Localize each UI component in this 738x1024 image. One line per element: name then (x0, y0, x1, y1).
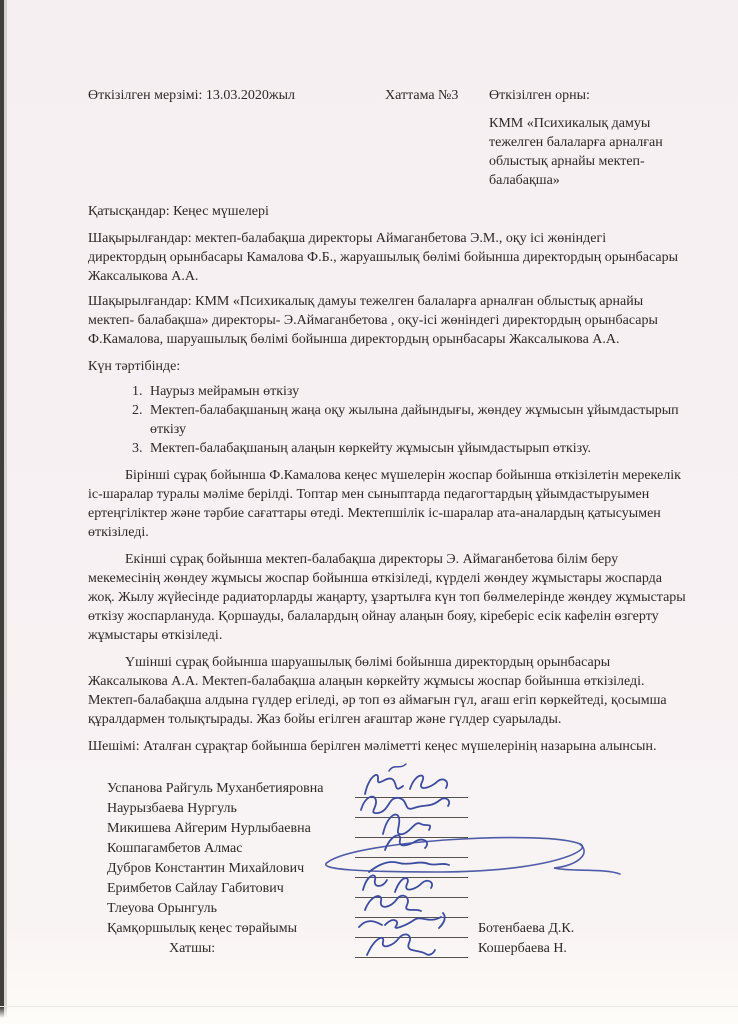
signature-after-name: Кошербаева Н. (478, 939, 567, 958)
signer-name: Еримбетов Сайлау Габитович (107, 879, 355, 898)
signer-name: Кошпагамбетов Алмас (107, 839, 355, 858)
invited-paragraph-1: Шақырылғандар: мектеп-балабақша директор… (88, 229, 686, 286)
document-content: Өткізілген мерзімі: 13.03.2020жыл Хаттам… (88, 86, 686, 958)
signer-name: Успанова Райгуль Муханбетияровна (107, 779, 355, 798)
signature-ink-icon (355, 928, 468, 962)
invited-paragraph-2: Шақырылғандар: КММ «Психикалық дамуы теж… (88, 292, 686, 349)
signer-name: Қамқоршылық кеңес төрайымы (107, 919, 355, 938)
signer-name: Дубров Константин Михайлович (107, 859, 355, 878)
protocol-number: Хаттама №3 (385, 86, 489, 105)
paper-edge-bottom (0, 1006, 738, 1024)
paper-edge-left-highlight (4, 0, 7, 1024)
header-date: Өткізілген мерзімі: 13.03.2020жыл (88, 86, 385, 105)
decision-line: Шешімі: Аталған сұрақтар бойынша берілге… (88, 737, 686, 756)
signer-name: Наурызбаева Нургуль (107, 799, 355, 818)
signer-name: Тлеуова Орынгуль (107, 899, 355, 918)
signature-block: Успанова Райгуль Муханбетияровна Наурызб… (88, 778, 686, 958)
discussion-paragraph-2: Екінші сұрақ бойынша мектеп-балабақша ди… (88, 550, 686, 645)
document-header: Өткізілген мерзімі: 13.03.2020жыл Хаттам… (88, 86, 686, 105)
discussion-paragraph-1: Бірінші сұрақ бойынша Ф.Камалова кеңес м… (88, 466, 686, 542)
venue-value: КММ «Психикалық дамуы тежелген балаларға… (489, 114, 689, 190)
scanned-document-page: Өткізілген мерзімі: 13.03.2020жыл Хаттам… (0, 0, 738, 1024)
agenda-item: Наурыз мейрамын өткізу (146, 382, 686, 401)
signature-after-name: Ботенбаева Д.К. (478, 919, 574, 938)
attendees-line: Қатысқандар: Кеңес мүшелері (88, 202, 686, 221)
agenda-item: Мектеп-балабақшаның алаңын көркейту жұмы… (146, 439, 686, 458)
venue-label: Өткізілген орны: (489, 86, 686, 105)
discussion-paragraph-3: Үшінші сұрақ бойынша шаруашылық бөлімі б… (88, 653, 686, 729)
signature-line (355, 938, 468, 958)
signer-name: Хатшы: (107, 939, 355, 958)
agenda-item: Мектеп-балабақшаның жаңа оқу жылына дайы… (146, 401, 686, 439)
agenda-title: Күн тәртібінде: (88, 357, 686, 376)
agenda-list: Наурыз мейрамын өткізу Мектеп-балабақшан… (88, 382, 686, 458)
signer-name: Микишева Айгерим Нурлыбаевна (107, 819, 355, 838)
signature-row: Хатшы: Кошербаева Н. (88, 938, 686, 958)
